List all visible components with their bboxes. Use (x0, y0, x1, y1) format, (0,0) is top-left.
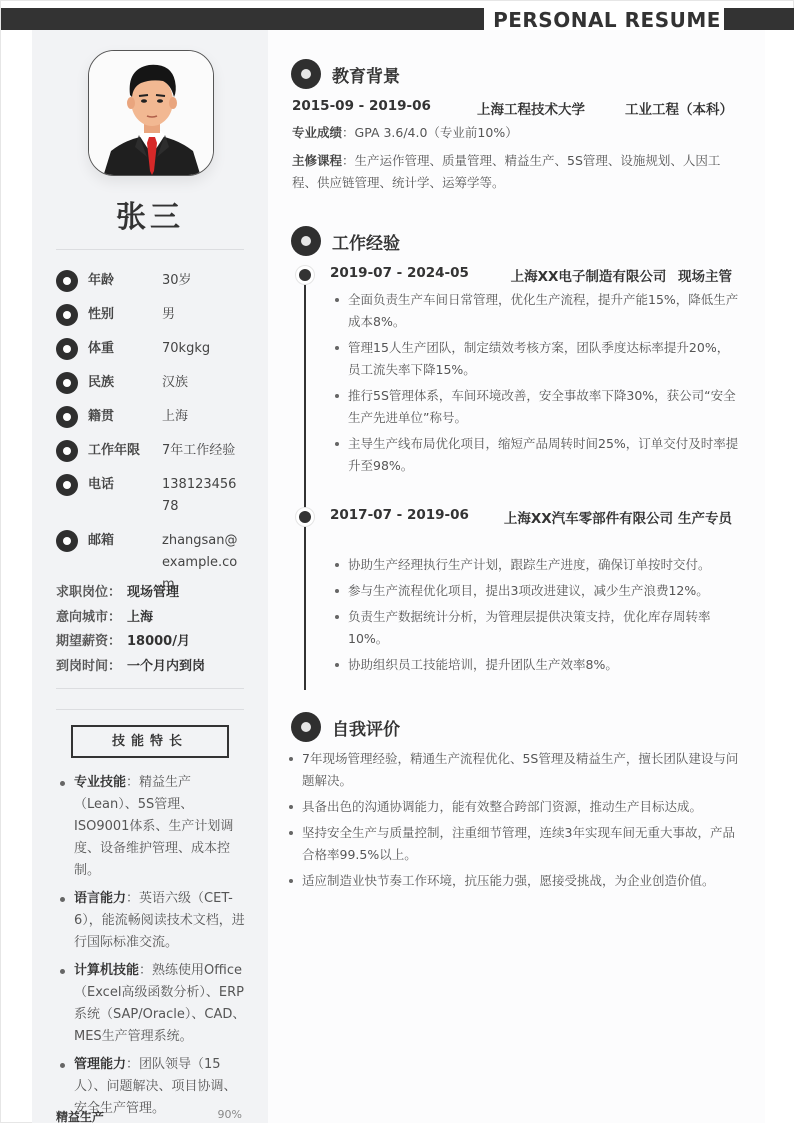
info-label: 性别 (88, 304, 162, 326)
personal-info-list: 年龄 30岁 性别 男 体重 70kgkg 民族 汉族 籍贯 上海 (56, 270, 256, 608)
info-value: 男 (162, 304, 244, 326)
job-bullets: 协助生产经理执行生产计划，跟踪生产进度，确保订单按时交付。 参与生产流程优化项目… (330, 554, 740, 680)
avatar-portrait-icon (89, 51, 214, 176)
job-position: 生产专员 (678, 507, 740, 527)
info-row-ethnicity: 民族 汉族 (56, 372, 256, 394)
skill-text: 精益生产（Lean）、5S管理、ISO9001体系、生产计划调度、设备维护管理、… (74, 775, 233, 878)
evaluation-list: 7年现场管理经验，精通生产流程优化、5S管理及精益生产，擅长团队建设与问题解决。… (284, 748, 744, 896)
job-bullet: 全面负责生产车间日常管理，优化生产流程，提升产能15%，降低生产成本8%。 (330, 289, 740, 333)
job-bullet: 管理15人生产团队，制定绩效考核方案，团队季度达标率提升20%，员工流失率下降1… (330, 337, 740, 381)
job-bullet: 参与生产流程优化项目，提出3项改进建议，减少生产浪费12%。 (330, 580, 740, 602)
evaluation-item: 具备出色的沟通协调能力，能有效整合跨部门资源，推动生产目标达成。 (284, 796, 744, 818)
divider (56, 709, 244, 710)
section-work: 工作经验 (291, 226, 400, 256)
info-row-phone: 电话 13812345678 (56, 474, 256, 518)
main-content: 教育背景 2015-09 - 2019-06 上海工程技术大学 工业工程（本科）… (268, 30, 765, 1123)
education-school: 上海工程技术大学 (477, 98, 625, 118)
skill-name: 语言能力 (74, 891, 126, 906)
intent-label: 到岗时间： (56, 655, 127, 680)
intent-row-start: 到岗时间： 一个月内到岗 (56, 655, 256, 680)
skill-bar-lean: 精益生产 90% (56, 1108, 242, 1123)
education-gpa: 专业成绩：GPA 3.6/4.0（专业前10%） (292, 122, 737, 144)
info-label: 民族 (88, 372, 162, 394)
info-label: 年龄 (88, 270, 162, 292)
skills-heading: 技能特长 (71, 725, 229, 758)
info-label: 籍贯 (88, 406, 162, 428)
info-value: 70kgkg (162, 338, 244, 360)
skill-bar-percent: 90% (218, 1108, 242, 1123)
circle-bullet-icon (56, 270, 78, 292)
circle-bullet-icon (56, 338, 78, 360)
skill-bar-label: 精益生产 (56, 1108, 104, 1123)
job-header: 2017-07 - 2019-06 上海XX汽车零部件有限公司 生产专员 (330, 507, 740, 527)
skill-sep: ： (139, 963, 152, 978)
job-company: 上海XX汽车零部件有限公司 (499, 507, 678, 527)
skill-name: 专业技能 (74, 775, 126, 790)
job-position: 现场主管 (678, 265, 740, 285)
circle-bullet-icon (56, 406, 78, 428)
circle-bullet-icon (56, 304, 78, 326)
education-major: 工业工程（本科） (625, 98, 733, 118)
evaluation-item: 适应制造业快节奏工作环境，抗压能力强，愿接受挑战，为企业创造价值。 (284, 870, 744, 892)
info-value: 汉族 (162, 372, 244, 394)
info-row-gender: 性别 男 (56, 304, 256, 326)
skill-item: 专业技能：精益生产（Lean）、5S管理、ISO9001体系、生产计划调度、设备… (56, 772, 246, 882)
circle-bullet-icon (56, 372, 78, 394)
evaluation-item: 坚持安全生产与质量控制，注重细节管理，连续3年实现车间无重大事故，产品合格率99… (284, 822, 744, 866)
header-bar-right (724, 8, 794, 30)
courses-value: ：生产运作管理、质量管理、精益生产、5S管理、设施规划、人因工程、供应链管理、统… (292, 153, 720, 190)
divider (56, 688, 244, 689)
intent-value: 一个月内到岗 (127, 655, 205, 680)
section-title: 工作经验 (332, 229, 400, 254)
job-bullet: 协助生产经理执行生产计划，跟踪生产进度，确保订单按时交付。 (330, 554, 740, 576)
sidebar: 张三 年龄 30岁 性别 男 体重 70kgkg 民族 汉族 (32, 30, 268, 1123)
info-row-hometown: 籍贯 上海 (56, 406, 256, 428)
skill-name: 管理能力 (74, 1057, 126, 1072)
info-row-weight: 体重 70kgkg (56, 338, 256, 360)
job-company: 上海XX电子制造有限公司 (499, 265, 678, 285)
skill-sep: ： (126, 1057, 139, 1072)
courses-label: 主修课程 (292, 153, 342, 168)
circle-bullet-icon (56, 440, 78, 462)
job-bullets: 全面负责生产车间日常管理，优化生产流程，提升产能15%，降低生产成本8%。 管理… (330, 289, 740, 481)
gpa-label: 专业成绩 (292, 125, 342, 140)
skill-sep: ： (126, 775, 139, 790)
intent-value: 现场管理 (127, 581, 179, 606)
header-bar-left (1, 8, 484, 30)
intent-label: 意向城市： (56, 606, 127, 631)
job-bullet: 负责生产数据统计分析，为管理层提供决策支持，优化库存周转率10%。 (330, 606, 740, 650)
skills-list: 专业技能：精益生产（Lean）、5S管理、ISO9001体系、生产计划调度、设备… (56, 772, 246, 1123)
skill-item: 语言能力：英语六级（CET-6），能流畅阅读技术文档，进行国际标准交流。 (56, 888, 246, 954)
info-value: 上海 (162, 406, 244, 428)
education-date: 2015-09 - 2019-06 (292, 98, 477, 118)
intent-label: 期望薪资： (56, 630, 127, 655)
info-row-experience: 工作年限 7年工作经验 (56, 440, 256, 462)
intent-row-city: 意向城市： 上海 (56, 606, 256, 631)
job-bullet: 推行5S管理体系，车间环境改善，安全事故率下降30%，获公司“安全生产先进单位”… (330, 385, 740, 429)
intent-row-salary: 期望薪资： 18000/月 (56, 630, 256, 655)
skill-item: 计算机技能：熟练使用Office（Excel高级函数分析）、ERP系统（SAP/… (56, 960, 246, 1048)
education-courses: 主修课程：生产运作管理、质量管理、精益生产、5S管理、设施规划、人因工程、供应链… (292, 150, 737, 194)
info-value: 7年工作经验 (162, 440, 244, 462)
section-bullet-icon (291, 712, 321, 742)
section-evaluation: 自我评价 (291, 712, 400, 742)
section-title: 教育背景 (332, 62, 400, 87)
section-title: 自我评价 (332, 715, 400, 740)
intent-value: 上海 (127, 606, 153, 631)
candidate-name: 张三 (32, 192, 268, 236)
job-date: 2019-07 - 2024-05 (330, 265, 499, 285)
job-date: 2017-07 - 2019-06 (330, 507, 499, 527)
job-intent: 求职岗位： 现场管理 意向城市： 上海 期望薪资： 18000/月 到岗时间： … (56, 581, 256, 679)
timeline-line (304, 276, 306, 690)
gpa-value: ：GPA 3.6/4.0（专业前10%） (342, 125, 518, 140)
info-label: 电话 (88, 474, 162, 496)
info-value: 30岁 (162, 270, 244, 292)
info-row-age: 年龄 30岁 (56, 270, 256, 292)
section-bullet-icon (291, 226, 321, 256)
info-label: 邮箱 (88, 530, 162, 552)
job-bullet: 协助组织员工技能培训，提升团队生产效率8%。 (330, 654, 740, 676)
divider (56, 249, 244, 250)
page-margin (765, 30, 794, 1123)
circle-bullet-icon (56, 474, 78, 496)
skill-name: 计算机技能 (74, 963, 139, 978)
intent-label: 求职岗位： (56, 581, 127, 606)
job-header: 2019-07 - 2024-05 上海XX电子制造有限公司 现场主管 (330, 265, 740, 285)
section-bullet-icon (291, 59, 321, 89)
timeline-dot-icon (299, 511, 311, 523)
avatar (88, 50, 214, 176)
intent-row-position: 求职岗位： 现场管理 (56, 581, 256, 606)
evaluation-item: 7年现场管理经验，精通生产流程优化、5S管理及精益生产，擅长团队建设与问题解决。 (284, 748, 744, 792)
section-education: 教育背景 (291, 59, 400, 89)
resume-page: PERSONAL RESUME (0, 0, 794, 1123)
timeline-dot-icon (299, 269, 311, 281)
skill-sep: ： (126, 891, 139, 906)
info-value: 13812345678 (162, 474, 244, 518)
circle-bullet-icon (56, 530, 78, 552)
job-bullet: 主导生产线布局优化项目，缩短产品周转时间25%，订单交付及时率提升至98%。 (330, 433, 740, 477)
info-label: 工作年限 (88, 440, 162, 462)
education-row: 2015-09 - 2019-06 上海工程技术大学 工业工程（本科） (292, 98, 737, 118)
intent-value: 18000/月 (127, 630, 190, 655)
info-label: 体重 (88, 338, 162, 360)
